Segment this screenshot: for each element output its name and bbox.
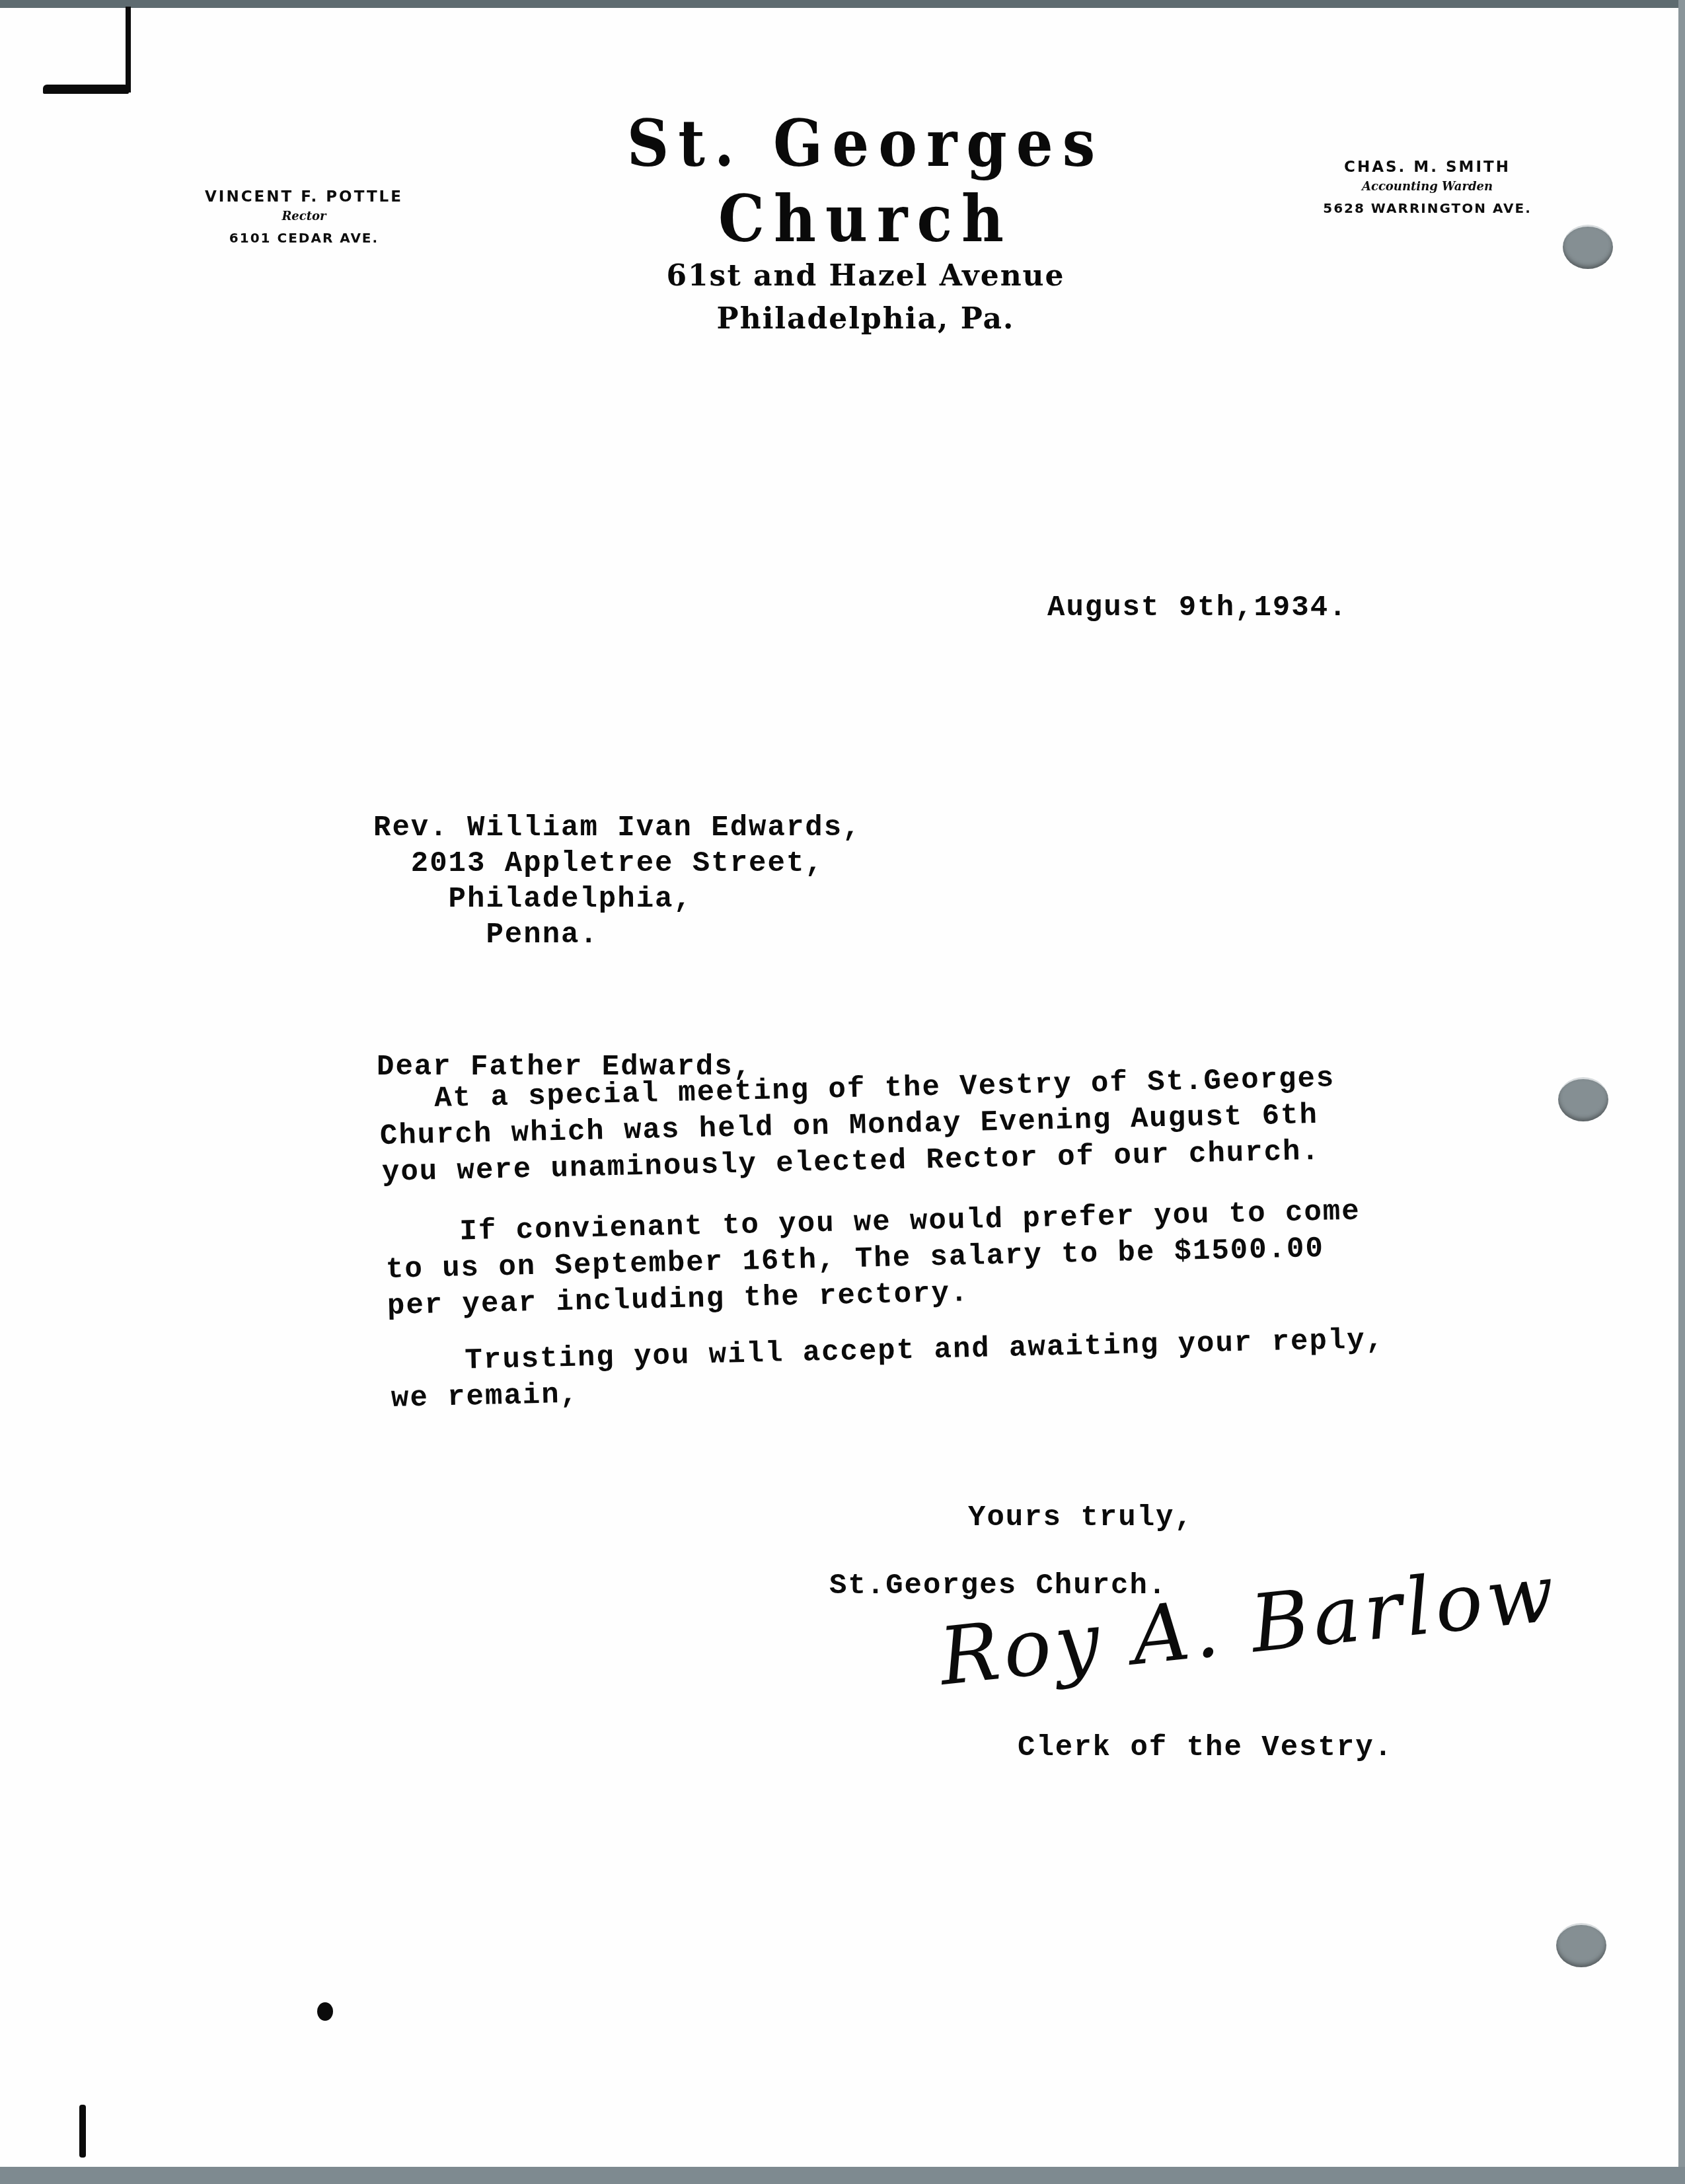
punch-hole-middle	[1558, 1077, 1608, 1121]
warden-role: Accounting Warden	[1295, 180, 1559, 194]
letterhead-masthead: St. Georges Church 61st and Hazel Avenue…	[502, 112, 1229, 336]
rector-address: 6101 CEDAR AVE.	[192, 230, 416, 246]
punch-hole-top	[1563, 225, 1613, 269]
rector-name: VINCENT F. POTTLE	[192, 188, 416, 206]
church-name: St. Georges Church	[502, 106, 1229, 257]
closing: Yours truly,	[968, 1501, 1193, 1534]
recipient-line: Philadelphia,	[373, 883, 693, 916]
church-city: Philadelphia, Pa.	[502, 302, 1229, 336]
rector-role: Rector	[192, 209, 416, 223]
warden-name: CHAS. M. SMITH	[1295, 159, 1559, 176]
recipient-line: Rev. William Ivan Edwards,	[373, 811, 862, 845]
letter-date: August 9th,1934.	[1047, 591, 1347, 624]
recipient-line: 2013 Appletree Street,	[373, 847, 824, 880]
recipient-line: Penna.	[373, 919, 599, 952]
punch-hole-bottom	[1556, 1923, 1606, 1967]
scan-artifact	[79, 2105, 86, 2158]
scan-artifact	[317, 2002, 333, 2021]
scan-edge-bottom	[0, 2167, 1685, 2184]
scan-edge-top	[0, 0, 1685, 8]
signer-title: Clerk of the Vestry.	[1018, 1731, 1393, 1764]
church-street: 61st and Hazel Avenue	[502, 259, 1229, 293]
warden-address: 5628 WARRINGTON AVE.	[1295, 200, 1559, 216]
corner-mark	[43, 85, 129, 94]
body-line: we remain,	[391, 1378, 579, 1415]
letterhead-rector: VINCENT F. POTTLE Rector 6101 CEDAR AVE.	[192, 188, 416, 246]
letterhead-warden: CHAS. M. SMITH Accounting Warden 5628 WA…	[1295, 159, 1559, 216]
corner-mark	[126, 7, 131, 93]
scan-edge-right	[1678, 0, 1685, 2184]
